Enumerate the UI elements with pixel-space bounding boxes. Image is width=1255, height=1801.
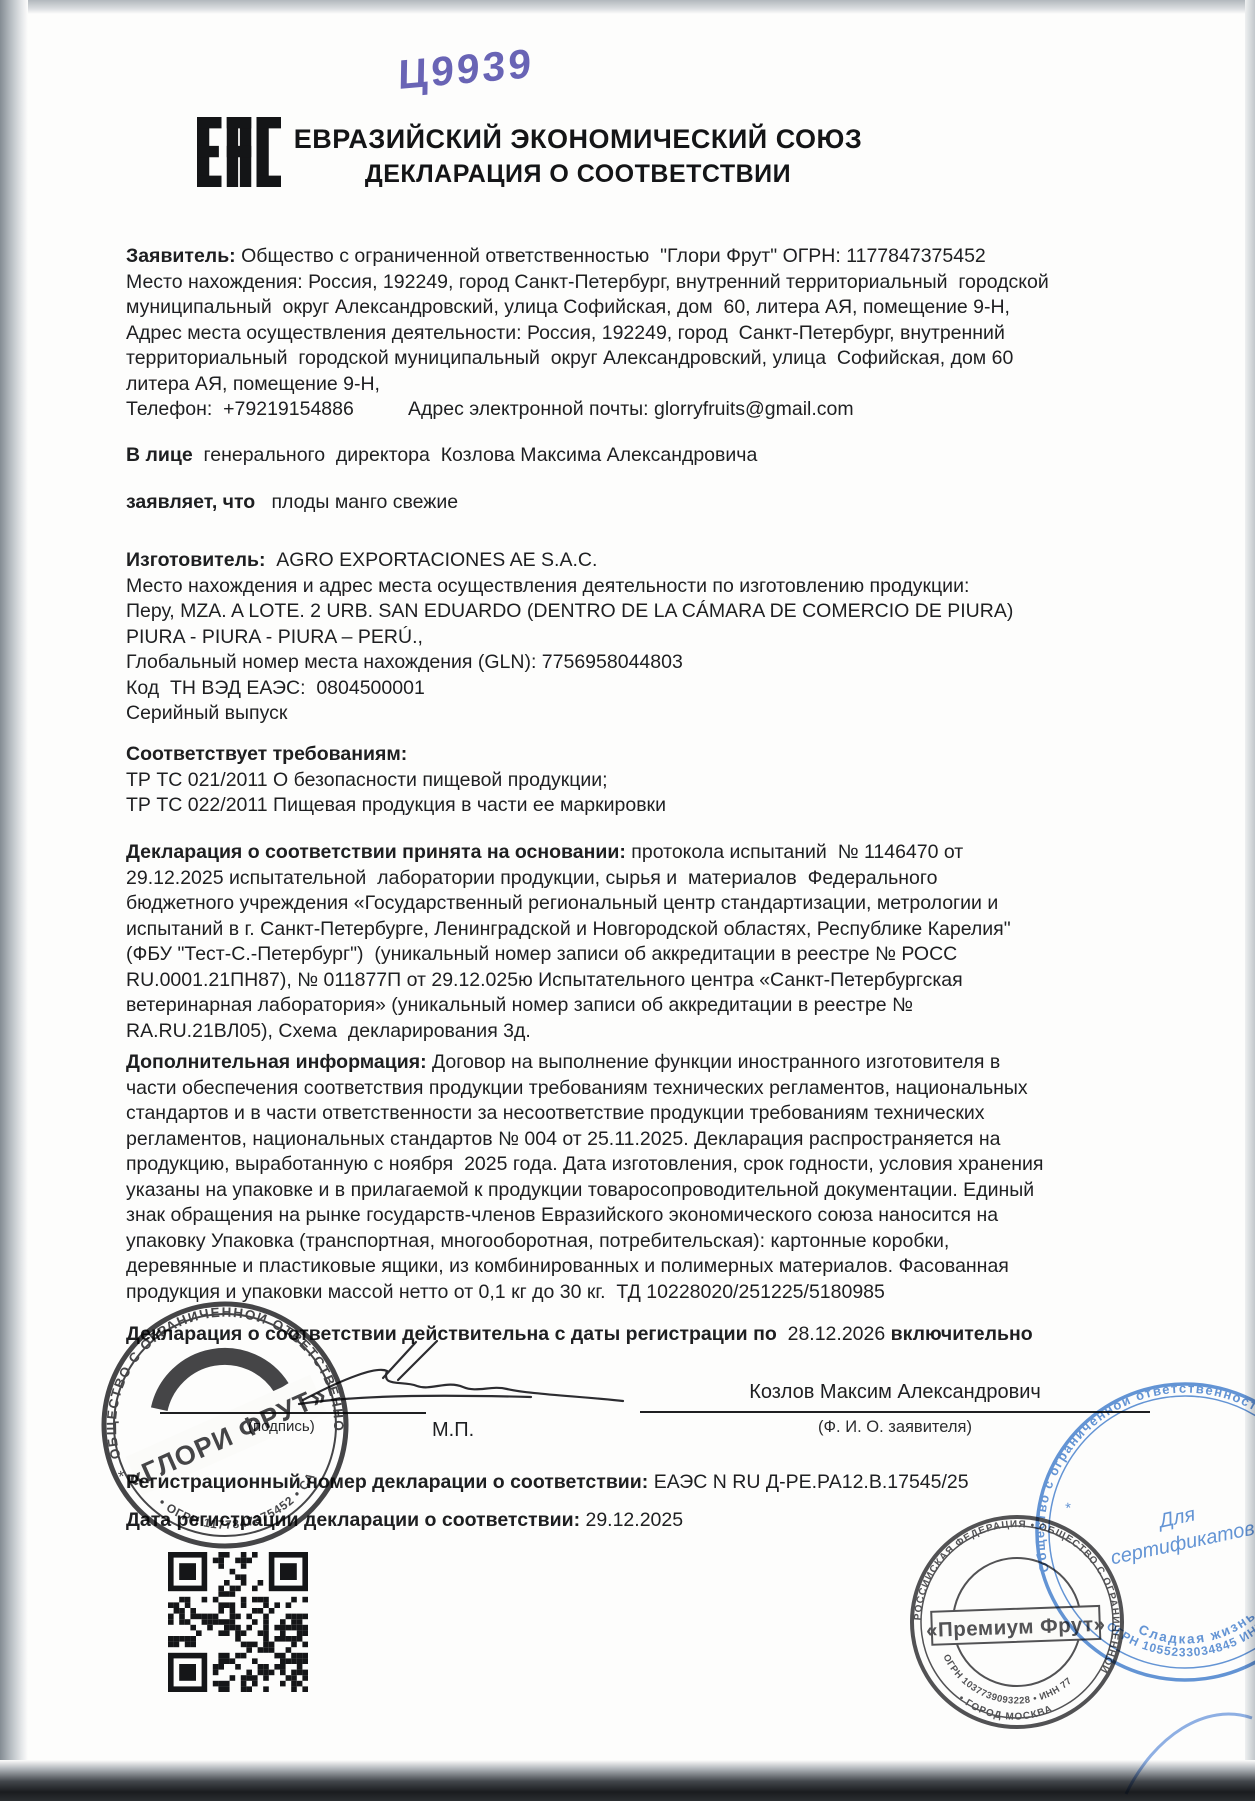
qr-code [168, 1552, 308, 1692]
declares-text: плоды манго свежие [255, 491, 458, 513]
additional-info-section: Дополнительная информация: Договор на вы… [126, 1050, 1172, 1305]
person-label: В лице [126, 444, 193, 466]
manufacturer-text: AGRO EXPORTACIONES AE S.A.C. Место нахож… [126, 549, 1013, 724]
applicant-label: Заявитель: [126, 245, 236, 267]
validity-suffix: включительно [891, 1323, 1033, 1345]
glory-stamp-center: «ГЛОРИ ФРУТ» [123, 1379, 332, 1494]
svg-text:*: * [1064, 1500, 1072, 1518]
registration-date-value: 29.12.2025 [580, 1509, 683, 1531]
additional-info-label: Дополнительная информация: [126, 1051, 427, 1073]
handwritten-number: Ц9939 [398, 40, 534, 99]
blue-pen-flourish [1120, 1690, 1255, 1801]
scan-edge-left [0, 0, 28, 1801]
manufacturer-label: Изготовитель: [126, 549, 265, 571]
person-text: генерального директора Козлова Максима А… [193, 444, 758, 466]
document-page: Ц9939 ЕВРАЗИЙСКИЙ ЭКОНОМИЧЕСКИЙ СОЮЗ ДЕК… [0, 0, 1255, 1801]
additional-info-text: Договор на выполнение функции иностранно… [126, 1051, 1043, 1303]
applicant-text: Общество с ограниченной ответственностью… [126, 245, 1049, 420]
compliance-text: ТР ТС 021/2011 О безопасности пищевой пр… [126, 769, 666, 817]
compliance-label: Соответствует требованиям: [126, 743, 407, 765]
basis-section: Декларация о соответствии принята на осн… [126, 840, 1172, 1044]
blue-stamp-center-line1: Для [1155, 1503, 1197, 1532]
scan-edge-top [0, 0, 1255, 14]
validity-date: 28.12.2026 [777, 1323, 891, 1345]
compliance-section: Соответствует требованиям: ТР ТС 021/201… [126, 742, 1172, 819]
applicant-section: Заявитель: Общество с ограниченной ответ… [126, 244, 1172, 423]
document-title-line1: ЕВРАЗИЙСКИЙ ЭКОНОМИЧЕСКИЙ СОЮЗ [268, 124, 888, 155]
stamp-place-label: М.П. [432, 1419, 474, 1442]
document-title-line2: ДЕКЛАРАЦИЯ О СООТВЕТСТВИИ [268, 160, 888, 189]
declares-label: заявляет, что [126, 491, 255, 513]
basis-text: протокола испытаний № 1146470 от 29.12.2… [126, 841, 1011, 1042]
scan-edge-bottom [0, 1760, 1255, 1801]
basis-label: Декларация о соответствии принята на осн… [126, 841, 626, 863]
blue-certificate-stamp: Общество с ограниченной ответственностью… [1030, 1377, 1255, 1687]
manufacturer-section: Изготовитель: AGRO EXPORTACIONES AE S.A.… [126, 548, 1172, 727]
declares-section: заявляет, что плоды манго свежие [126, 490, 1172, 516]
registration-number-value: ЕАЭС N RU Д-PE.РА12.В.17545/25 [648, 1471, 968, 1493]
person-section: В лице генерального директора Козлова Ма… [126, 443, 1172, 469]
glory-frut-stamp: ОБЩЕСТВО С ОГРАНИЧЕННОЙ ОТВЕТСТВЕННОСТЬЮ… [95, 1295, 355, 1555]
